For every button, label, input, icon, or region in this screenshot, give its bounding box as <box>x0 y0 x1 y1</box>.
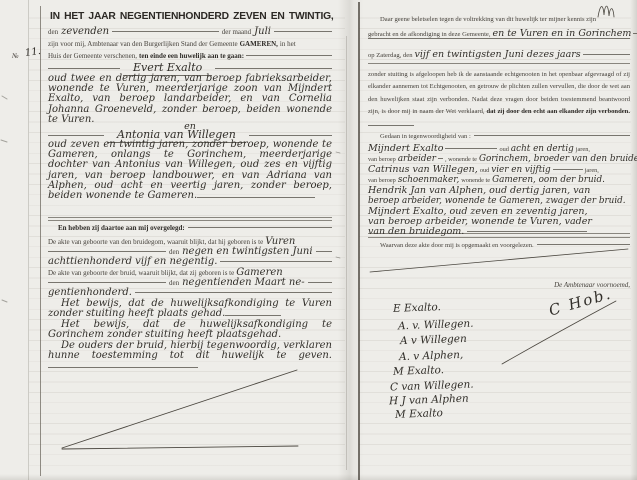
signature-mother-bride: A. v Alphen, <box>399 349 464 363</box>
fill-line <box>48 251 166 252</box>
witness1-occupation: arbeider <box>398 154 436 164</box>
fill-line <box>368 123 414 126</box>
bride-birth-printed: De akte van geboorte der bruid, waaruit … <box>48 269 234 277</box>
fill-line <box>48 68 120 69</box>
witness2-name: Catrinus van Willegen, <box>368 164 478 175</box>
fill-line <box>583 54 630 55</box>
right-section-rule-top <box>368 63 630 64</box>
signature-witness-1: M Exalto. <box>393 364 444 378</box>
fill-line <box>246 55 332 56</box>
signature-witness-4: M Exalto <box>395 407 443 421</box>
signature-groom: E Exalto. <box>393 301 441 315</box>
fill-line <box>135 292 332 293</box>
groom-details-text: oud twee en dertig jaren, van beroep fab… <box>48 73 332 125</box>
bride-details-text: oud zeven en twintig jaren, zonder beroe… <box>48 139 332 201</box>
label-van-beroep: van beroep <box>368 156 396 163</box>
fill-line <box>368 38 630 39</box>
fill-line <box>48 282 166 283</box>
bride-details: oud zeven en twintig jaren, zonder beroe… <box>48 140 332 201</box>
witness1-residence: Gorinchem, broeder van den bruidegom. <box>479 154 637 164</box>
marriage-declaration: zonder stuiting is afgeloopen heb ik de … <box>368 69 630 131</box>
fill-line <box>438 158 443 159</box>
closing-statement: Waarvan deze akte door mij is opgemaakt … <box>368 242 534 249</box>
witness1-age: acht en dertig <box>511 144 574 154</box>
documents-heading: En hebben zij daartoe aan mij overgelegd… <box>48 224 185 232</box>
intro-line1: zijn voor mij, Ambtenaar van den Burgerl… <box>48 40 238 48</box>
label-van-beroep: van beroep <box>368 177 396 184</box>
scan-edge-marks <box>1 96 7 302</box>
groom-birth-printed: De akte van geboorte van den bruidegom, … <box>48 238 263 246</box>
label-wonende-te: wonende te <box>461 177 490 184</box>
fill-line <box>474 135 630 136</box>
groom-details: oud twee en dertig jaren, van beroep fab… <box>48 74 332 125</box>
bottom-edge-shadow <box>0 474 637 480</box>
declaration-emphasis: dat zij door den echt aan elkander zijn … <box>486 108 630 115</box>
announcement-line2-printed: gebracht en de afkondiging in deze Gemee… <box>368 31 490 38</box>
banns-proof-2-text: Het bewijs, dat de huwelijksafkondiging … <box>48 319 332 340</box>
witness3-line2: beroep arbeider, wonende te Gameren, zwa… <box>368 196 626 206</box>
label-wonende-te: , wonende te <box>445 156 477 163</box>
fill-line <box>308 282 332 283</box>
right-page-edge-shadow <box>630 0 637 480</box>
intro-line2: Huis der Gemeente verschenen, <box>48 52 137 60</box>
act-year-title: IN HET JAAR NEGENTIENHONDERD ZEVEN EN TW… <box>50 11 334 22</box>
fill-line <box>633 33 637 34</box>
label-jaren: jaren, <box>585 167 599 174</box>
banns-proof-2: Het bewijs, dat de huwelijksafkondiging … <box>48 320 332 340</box>
label-oud: oud <box>480 167 489 174</box>
signature-father-bride: A v Willegen <box>400 333 467 347</box>
act-number-symbol: № <box>12 52 19 60</box>
bride-birth-date2: gentienhonderd. <box>48 287 132 298</box>
fill-line <box>197 195 315 198</box>
act-day-handwritten: zevenden <box>61 26 109 37</box>
label-jaren: jaren, <box>576 146 590 153</box>
fill-line <box>48 135 104 136</box>
left-page-right-rule <box>346 36 347 470</box>
fill-line <box>112 31 219 32</box>
banns-proof-1-text: Het bewijs, dat de huwelijksafkondiging … <box>48 298 332 319</box>
intro-line1-post: in het <box>280 40 296 48</box>
gemeente-name: GAMEREN, <box>240 40 278 48</box>
witnesses-heading: Gedaan in tegenwoordigheid van : <box>368 133 471 140</box>
label-den: den <box>169 248 179 256</box>
act-month-handwritten: Juli <box>254 26 271 37</box>
left-section-rule-1 <box>48 217 332 218</box>
witness1-name: Mijndert Exalto <box>368 143 443 154</box>
fill-line <box>467 231 587 232</box>
fill-line <box>274 31 332 32</box>
witness4-line3: van den bruidegom. <box>368 226 464 237</box>
announcement-line3-printed: op Zaterdag, den <box>368 52 413 59</box>
fill-line <box>225 313 281 316</box>
fill-line <box>445 148 497 149</box>
parental-consent: De ouders der bruid, hierbij tegenwoordi… <box>48 341 332 372</box>
fill-line <box>537 244 630 245</box>
witness2-age: vier en vijftig <box>491 165 550 175</box>
label-den: den <box>169 279 179 287</box>
announcement-line3-handwritten: vijf en twintigsten Juni dezes jaars <box>415 49 581 60</box>
parental-consent-text: De ouders der bruid, hierbij tegenwoordi… <box>48 340 332 361</box>
fill-line <box>188 227 332 228</box>
left-section-rule-2 <box>48 220 332 221</box>
label-der-maand: der maand <box>222 28 251 36</box>
page-gutter-shadow <box>338 0 364 480</box>
fill-line <box>316 251 332 252</box>
banns-proof-1: Het bewijs, dat de huwelijksafkondiging … <box>48 299 332 319</box>
fill-line <box>249 135 332 136</box>
fill-line <box>553 169 583 170</box>
left-book-edge-rule <box>28 0 29 480</box>
left-margin-rule <box>40 6 41 476</box>
witness3-line1: Hendrik Jan van Alphen, oud dertig jaren… <box>368 185 590 196</box>
label-den: den <box>48 28 58 36</box>
marriage-certificate-scan: № 11. IN HET JAAR NEGENTIENHONDERD ZEVEN… <box>0 0 637 480</box>
intro-line2-bold: ten einde een huwelijk aan te gaan: <box>139 52 244 60</box>
label-oud: oud <box>499 146 508 153</box>
witness2-residence: Gameren, oom der bruid. <box>492 175 605 185</box>
witness2-occupation: schoenmaker, <box>398 175 459 185</box>
act-number-value: 11. <box>24 46 41 59</box>
groom-birth-date2: achttienhonderd vijf en negentig. <box>48 256 217 267</box>
right-page-left-rule <box>358 2 360 480</box>
announcement-line1: Daar geene beletselen tegen de voltrekki… <box>368 16 630 23</box>
fill-line <box>215 68 332 69</box>
fill-line <box>48 365 198 368</box>
fill-line <box>220 261 332 262</box>
